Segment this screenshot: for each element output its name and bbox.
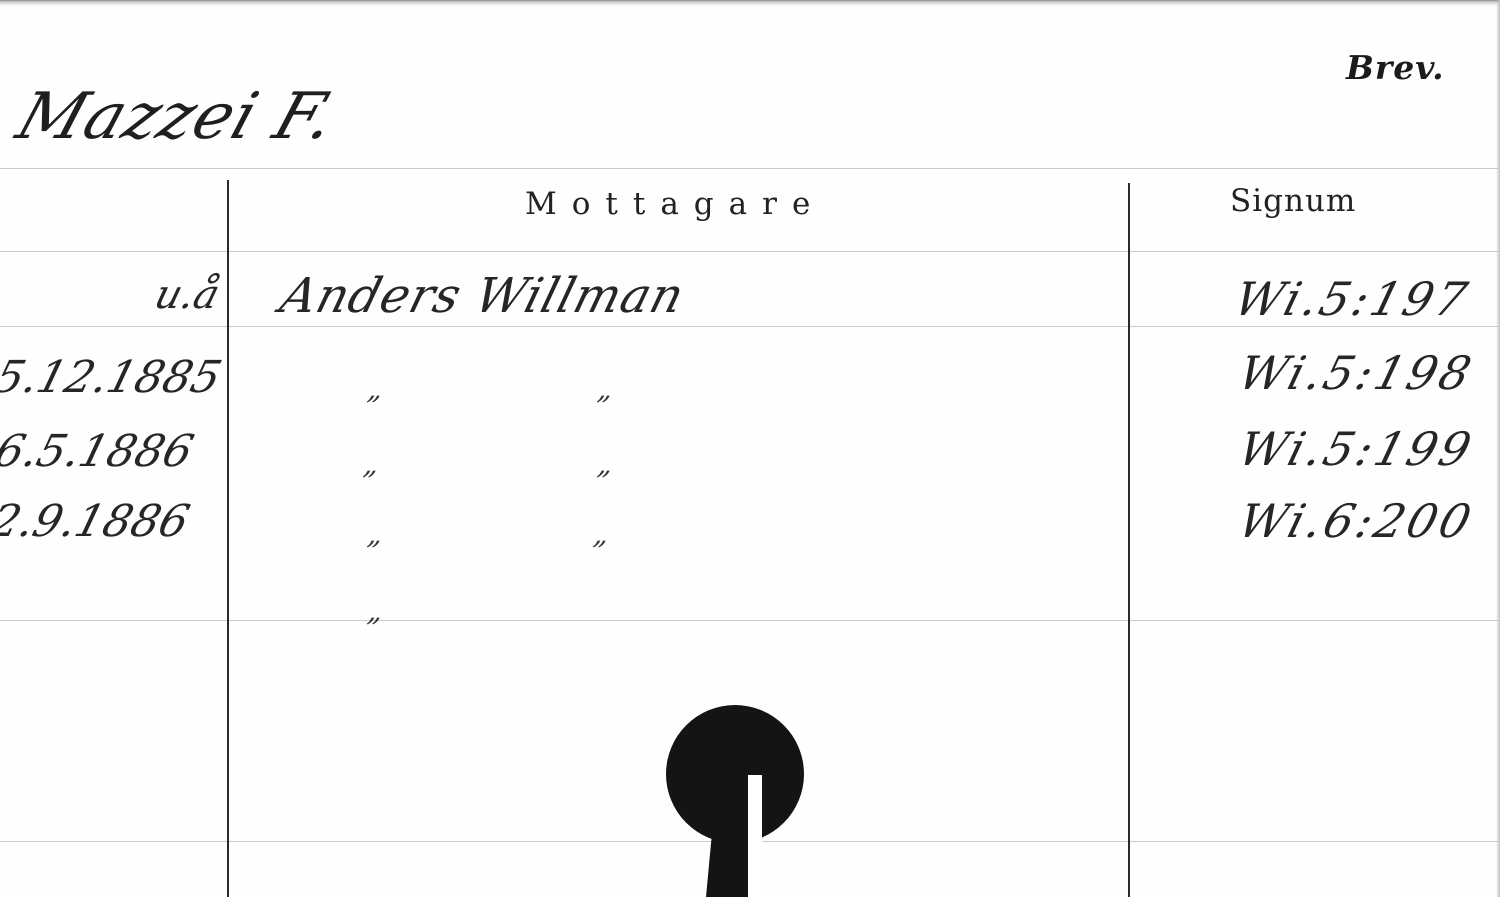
entry-signum: Wi.5:199 (1233, 422, 1480, 476)
date-column-rule (227, 180, 229, 897)
ditto-mark: ” (586, 535, 609, 568)
punch-hole-slit (748, 775, 762, 897)
archive-index-card: Brev. Mazzei F. Mottagare Signum u.å And… (0, 0, 1500, 897)
ditto-mark: ” (590, 465, 613, 498)
entry-date: 2.9.1886 (0, 496, 195, 547)
ditto-mark: ” (360, 612, 383, 645)
card-right-edge (1496, 0, 1500, 897)
ditto-mark: ” (360, 390, 383, 423)
ditto-mark: ” (360, 535, 383, 568)
entry-signum: Wi.5:198 (1233, 346, 1480, 400)
ditto-mark: ” (356, 465, 379, 498)
filing-punch-hole (666, 705, 804, 897)
recipient-column-header: Mottagare (525, 186, 825, 222)
punch-hole-circle (666, 705, 804, 843)
entry-signum: Wi.5:197 (1229, 272, 1476, 326)
name-baseline-rule (0, 168, 1500, 169)
card-type-title: Brev. (1346, 48, 1445, 87)
entry-date: 6.5.1886 (0, 426, 199, 477)
signum-column-header: Signum (1230, 183, 1356, 219)
entry-date: 25.12.1885 (0, 352, 227, 403)
header-bottom-rule (0, 251, 1500, 252)
card-top-edge (0, 0, 1500, 6)
entry-recipient: Anders Willman (274, 268, 690, 324)
row-rule-1 (0, 326, 1500, 327)
entry-date: u.å (150, 272, 225, 318)
signum-column-rule (1128, 183, 1130, 897)
row-rule-2 (0, 620, 1500, 621)
sender-name: Mazzei F. (8, 80, 346, 154)
entry-signum: Wi.6:200 (1233, 494, 1480, 548)
ditto-mark: ” (590, 390, 613, 423)
